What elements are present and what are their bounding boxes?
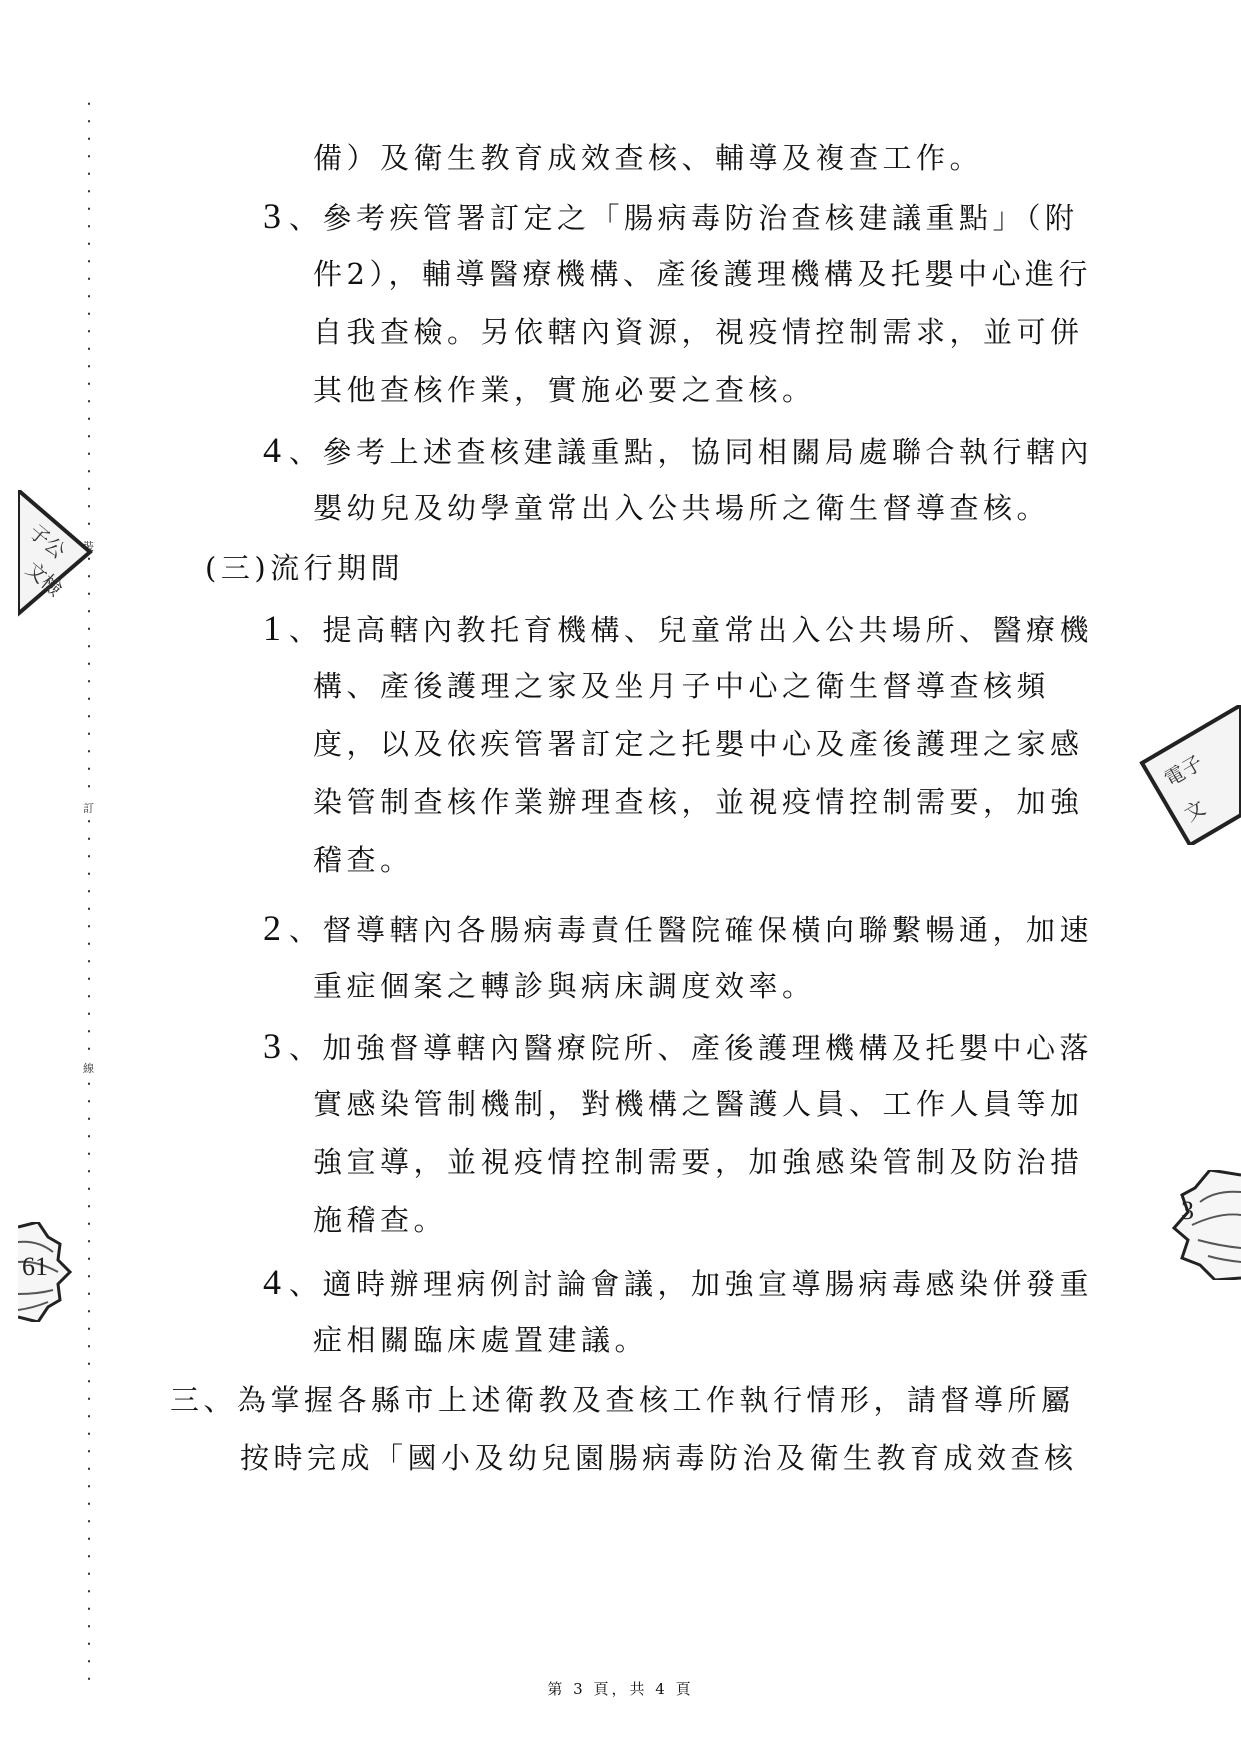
gear-seal-icon <box>1160 1170 1241 1280</box>
binding-mark-ding: 訂 <box>83 802 94 816</box>
doc-line-item-4: 4、參考上述查核建議重點，協同相關局處聯合執行轄內 <box>255 430 1093 472</box>
item-number: 4 <box>255 1262 289 1302</box>
seal-number-left: 61 <box>22 1252 48 1282</box>
item-number: 3 <box>255 196 289 236</box>
doc-line: 強宣導，並視疫情控制需要，加強感染管制及防治措 <box>313 1142 1084 1182</box>
diamond-seal-icon: 電子 文 <box>1130 705 1241 845</box>
doc-line: 稽查。 <box>313 840 414 880</box>
doc-line: 其他查核作業，實施必要之查核。 <box>313 370 816 410</box>
doc-line: 按時完成「國小及幼兒園腸病毒防治及衛生教育成效查核 <box>240 1438 1078 1478</box>
binding-dotted-line <box>87 95 91 1685</box>
page-number-footer: 第 3 頁，共 4 頁 <box>0 1678 1241 1699</box>
doc-line: 實感染管制機制，對機構之醫護人員、工作人員等加 <box>313 1084 1084 1124</box>
doc-line-item-3: 3、參考疾管署訂定之「腸病毒防治查核建議重點」（附 <box>255 196 1079 238</box>
item-number: 3 <box>255 1026 289 1066</box>
doc-line: 嬰幼兒及幼學童常出入公共場所之衛生督導查核。 <box>313 488 1050 528</box>
diamond-seal-icon: 子公 文檢 <box>18 490 93 620</box>
doc-line-item-2: 2、督導轄內各腸病毒責任醫院確保橫向聯繫暢通，加速 <box>255 908 1093 950</box>
item-number: 4 <box>255 430 289 470</box>
doc-line: 構、產後護理之家及坐月子中心之衛生督導查核頻 <box>313 666 1050 706</box>
doc-line: 症相關臨床處置建議。 <box>313 1320 648 1360</box>
item-number: 2 <box>255 908 289 948</box>
doc-line-item-4: 4、適時辦理病例討論會議，加強宣導腸病毒感染併發重 <box>255 1262 1093 1304</box>
section-heading: (三)流行期間 <box>205 548 404 588</box>
doc-line: 度，以及依疾管署訂定之托嬰中心及產後護理之家感 <box>313 724 1084 764</box>
doc-line: 施稽查。 <box>313 1200 447 1240</box>
doc-line: 染管制查核作業辦理查核，並視疫情控制需要，加強 <box>313 782 1084 822</box>
item-number: 1 <box>255 608 289 648</box>
doc-line: 重症個案之轉診與病床調度效率。 <box>313 966 816 1006</box>
doc-line: 件2），輔導醫療機構、產後護理機構及托嬰中心進行 <box>313 254 1092 294</box>
doc-line: 備）及衛生教育成效查核、輔導及複查工作。 <box>313 138 983 178</box>
doc-line-item-3: 3、加強督導轄內醫療院所、產後護理機構及托嬰中心落 <box>255 1026 1093 1068</box>
doc-line: 自我查檢。另依轄內資源，視疫情控制需求，並可併 <box>313 312 1084 352</box>
section-three-line: 三、為掌握各縣市上述衛教及查核工作執行情形，請督導所屬 <box>170 1380 1075 1420</box>
binding-mark-xian: 線 <box>83 1062 94 1076</box>
doc-line-item-1: 1、提高轄內教托育機構、兒童常出入公共場所、醫療機 <box>255 608 1093 650</box>
seal-number-right: 3 <box>1181 1196 1194 1226</box>
